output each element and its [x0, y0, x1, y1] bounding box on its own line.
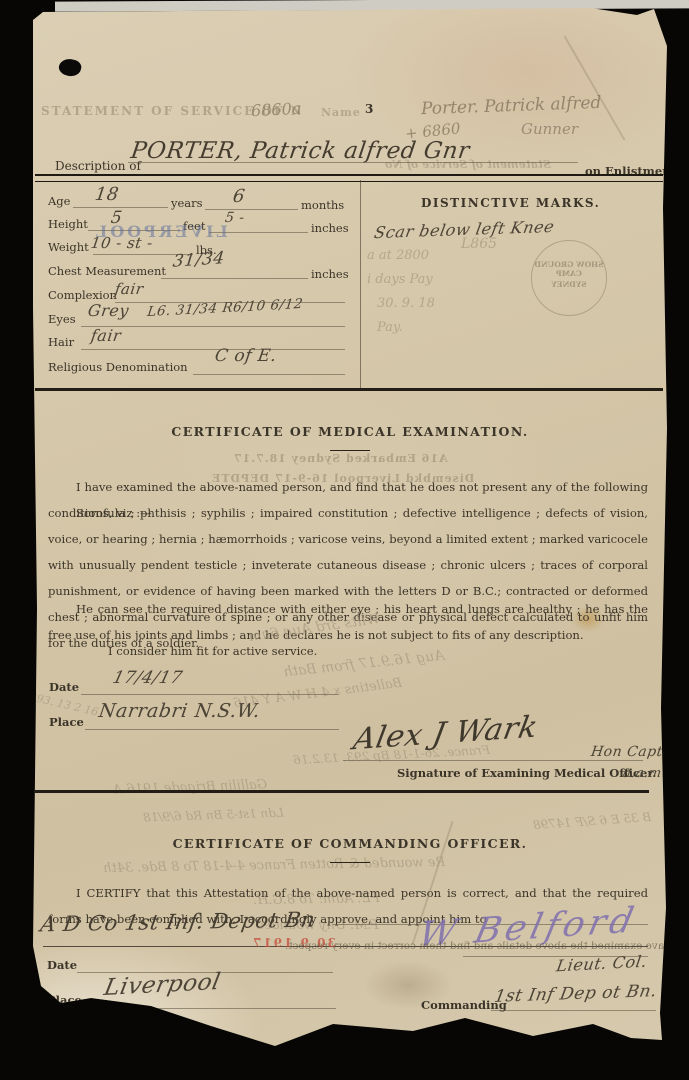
chest-value: 31/34 [172, 248, 226, 272]
signature-line [343, 760, 643, 761]
medical-date-value: 17/4/17 [111, 668, 185, 688]
bleedthrough-scribble: Re wounded & Rotten France 4-4-18 To 8 B… [103, 855, 445, 876]
mid-rule [33, 790, 649, 793]
age-label: Age [48, 194, 70, 208]
bleedthrough-examined-line: I have examined the above details and fi… [285, 940, 678, 952]
bleedthrough-pencil: a at 2800 [367, 248, 429, 263]
row-line [193, 374, 345, 375]
weight-label: Weight [48, 240, 89, 254]
document-paper: STATEMENT OF SERVICE OF N 6860a Name 3 P… [33, 8, 667, 1058]
table-bottom-rule [35, 388, 663, 391]
medical-signature-caption: Signature of Examining Medical Officer. [397, 766, 656, 780]
medical-place-value: Narrabri [97, 700, 189, 722]
chest-unit-inches: inches [311, 267, 349, 281]
row-line [73, 207, 168, 208]
title-underline [330, 450, 370, 451]
medical-place-state: N.S.W. [193, 700, 261, 722]
religion-label: Religious Denomination [48, 360, 188, 374]
co-rank-line [463, 956, 648, 957]
appointment-handwritten: A D Co 1st Inf. Depot Bn [39, 908, 317, 937]
age-unit-months: months [301, 198, 344, 212]
eyes-vision-notation: L6. 31/34 R6/10 6/12 [146, 296, 304, 320]
medical-date-line [81, 694, 339, 695]
hair-value: fair [90, 326, 123, 345]
description-underline [128, 162, 578, 163]
fit-for-service-line: I consider him fit for active service. [108, 644, 317, 658]
liverpool-stamp: LIVERPOOL [93, 222, 228, 241]
height-unit-inches: inches [311, 221, 349, 235]
eyes-label: Eyes [48, 312, 76, 326]
medical-officer-signature: Alex J Wark [351, 710, 541, 758]
table-divider-vertical [360, 180, 361, 390]
pencil-name-top-2: Gunner [521, 120, 578, 138]
service-number-handwritten: 6860a [251, 99, 302, 121]
height-label: Height [48, 217, 88, 231]
co-certificate-title: CERTIFICATE OF COMMANDING OFFICER. [33, 836, 667, 851]
age-months-value: 6 [232, 186, 247, 207]
row-line [205, 209, 298, 210]
commanding-value: 1st Inf Dep ot Bn. [493, 981, 659, 1007]
bleedthrough-pencil: 30. 9. 18 [377, 296, 435, 311]
medical-date-label: Date [49, 680, 79, 694]
pencil-name-top: Porter. Patrick alfred [421, 93, 602, 119]
medical-place-label: Place [49, 715, 84, 729]
bleedthrough-pencil: L865 [461, 236, 497, 252]
camp-stamp-text2: SYDNEY [533, 280, 605, 289]
row-line [81, 349, 345, 350]
bleedthrough-scribble: B 35 E 6 S/F 14798 [533, 810, 652, 832]
co-place-label: Place [47, 993, 82, 1007]
co-date-label: Date [47, 958, 77, 972]
co-place-value: Liverpool [102, 969, 223, 1001]
page-number: 3 [365, 102, 373, 116]
bleedthrough-embarked: A16 Embarked Sydney 18.7.17 [233, 452, 448, 465]
co-place-line [81, 1008, 336, 1009]
age-unit-years: years [171, 196, 203, 210]
eyes-value: Grey [87, 301, 131, 320]
commanding-line [491, 1010, 656, 1011]
faint-name-label: Name [321, 106, 361, 119]
row-line [81, 326, 345, 327]
bleedthrough-scribble: Ldn 1st-5 Bn Rd 6/9/18 [143, 806, 284, 825]
bleedthrough-pencil: i days Pay [367, 272, 433, 287]
mirrored-statement-text: Statement of Service of No [385, 158, 551, 171]
medical-certificate-title: CERTIFICATE OF MEDICAL EXAMINATION. [33, 424, 667, 439]
distinctive-marks-title: DISTINCTIVE MARKS. [421, 196, 600, 210]
row-line [93, 254, 193, 255]
double-rule [35, 174, 663, 182]
row-line [115, 302, 345, 303]
punch-hole [57, 56, 83, 78]
complexion-label: Complexion [48, 288, 117, 302]
hair-label: Hair [48, 335, 74, 349]
scanned-attestation-document: { "page": { "page_number": "3", "faint_h… [0, 0, 689, 1080]
bleedthrough-scribble: Gallilin Brigade 1916 A [113, 777, 268, 797]
age-value: 18 [94, 184, 121, 205]
row-line [161, 278, 308, 279]
medical-officer-rank: Hon Capt. [590, 744, 669, 760]
camp-stamp-text: SHOW GROUND CAMP [533, 260, 605, 278]
chest-label: Chest Measurement [48, 264, 166, 278]
bleedthrough-pencil: Pay. [377, 320, 403, 335]
complexion-value: fair [114, 280, 145, 298]
co-title-underline [330, 862, 370, 863]
camp-stamp-circle [531, 240, 607, 316]
medical-corps-note: a.a.m.c. [622, 766, 680, 781]
medical-place-line [85, 729, 339, 730]
